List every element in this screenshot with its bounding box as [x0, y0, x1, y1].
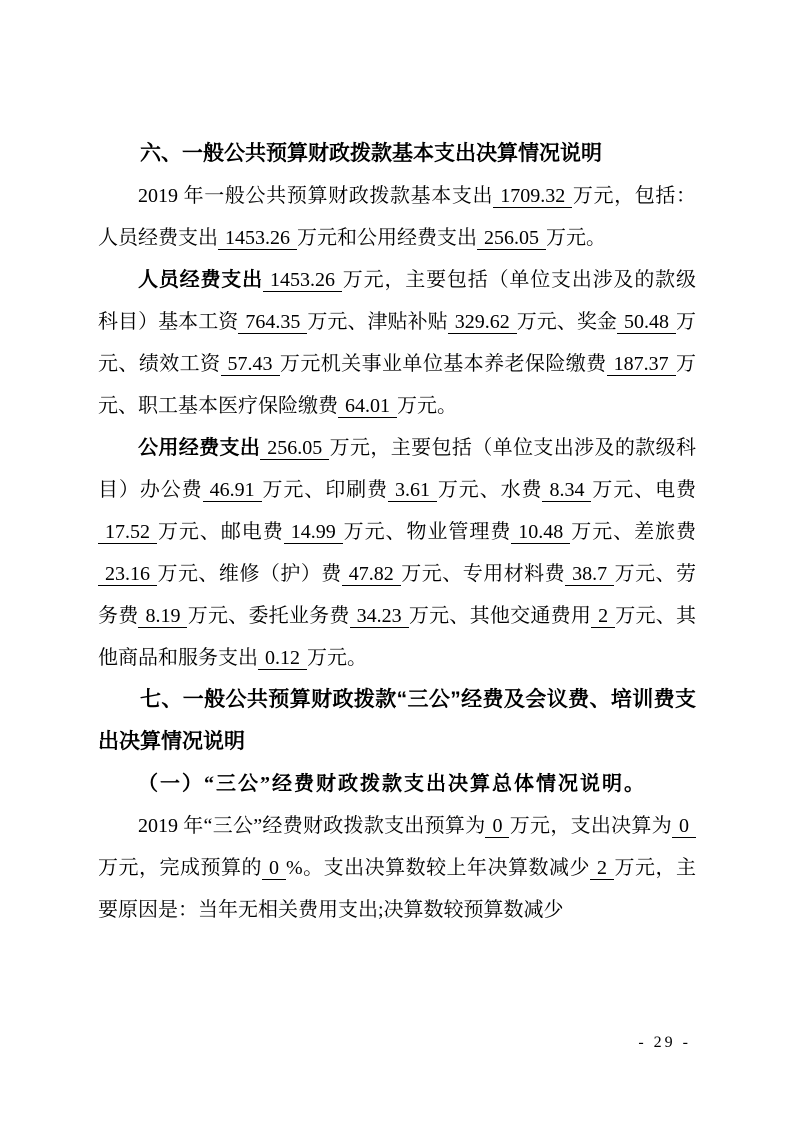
underlined-value: 57.43 — [221, 353, 280, 376]
underlined-value: 0 — [485, 815, 509, 838]
underlined-value: 34.23 — [350, 605, 409, 628]
underlined-value: 256.05 — [477, 227, 546, 250]
text-run: 万元、委托业务费 — [187, 605, 349, 627]
underlined-value: 187.37 — [607, 353, 676, 376]
underlined-value: 8.19 — [138, 605, 187, 628]
paragraph: 2019 年一般公共预算财政拨款基本支出1709.32万元，包括：人员经费支出1… — [98, 175, 696, 259]
text-run: 2019 年“三公”经费财政拨款支出预算为 — [138, 815, 485, 837]
underlined-value: 1453.26 — [218, 227, 297, 250]
underlined-value: 329.62 — [448, 311, 517, 334]
text-run: 万元。 — [307, 647, 367, 669]
text-run: 万元，完成预算的 — [98, 857, 262, 879]
underlined-value: 2 — [590, 857, 614, 880]
underlined-value: 1709.32 — [493, 185, 572, 208]
text-run: 万元机关事业单位基本养老保险缴费 — [280, 353, 607, 375]
text-run: 万元、专用材料费 — [401, 563, 565, 585]
document-page: 六、一般公共预算财政拨款基本支出决算情况说明2019 年一般公共预算财政拨款基本… — [0, 0, 793, 1122]
text-run: 万元。 — [546, 227, 606, 249]
section-heading: 七、一般公共预算财政拨款“三公”经费及会议费、培训费支出决算情况说明 — [98, 679, 696, 763]
underlined-value: 64.01 — [338, 395, 397, 418]
underlined-value: 0 — [672, 815, 696, 838]
underlined-value: 1453.26 — [263, 269, 342, 292]
text-run: 万元、差旅费 — [570, 521, 696, 543]
underlined-value: 50.48 — [617, 311, 676, 334]
underlined-value: 0.12 — [258, 647, 307, 670]
text-run: 万元，支出决算为 — [509, 815, 672, 837]
text-run: 万元和公用经费支出 — [297, 227, 477, 249]
underlined-value: 10.48 — [511, 521, 570, 544]
underlined-value: 2 — [591, 605, 615, 628]
underlined-value: 0 — [262, 857, 286, 880]
text-run: 万元、物业管理费 — [343, 521, 512, 543]
underlined-value: 47.82 — [342, 563, 401, 586]
underlined-value: 17.52 — [98, 521, 157, 544]
underlined-value: 38.7 — [565, 563, 614, 586]
underlined-value: 256.05 — [260, 437, 329, 460]
page-number: - 29 - — [638, 1034, 691, 1052]
text-run: 万元、邮电费 — [157, 521, 284, 543]
sub-heading: （一）“三公”经费财政拨款支出决算总体情况说明。 — [98, 763, 696, 805]
underlined-value: 14.99 — [284, 521, 343, 544]
underlined-value: 23.16 — [98, 563, 157, 586]
text-run: 公用经费支出 — [138, 437, 260, 459]
text-run: 万元、电费 — [591, 479, 696, 501]
text-run: 万元、其他交通费用 — [409, 605, 591, 627]
text-run: 2019 年一般公共预算财政拨款基本支出 — [138, 185, 493, 207]
underlined-value: 3.61 — [388, 479, 437, 502]
paragraph: 2019 年“三公”经费财政拨款支出预算为0万元，支出决算为0万元，完成预算的0… — [98, 805, 696, 931]
text-run: 万元、津贴补贴 — [307, 311, 447, 333]
text-run: 万元、奖金 — [517, 311, 617, 333]
text-run: 万元。 — [397, 395, 457, 417]
section-heading: 六、一般公共预算财政拨款基本支出决算情况说明 — [98, 133, 696, 175]
text-run: 万元、印刷费 — [262, 479, 388, 501]
underlined-value: 8.34 — [542, 479, 591, 502]
text-run: 万元、维修（护）费 — [157, 563, 342, 585]
underlined-value: 764.35 — [238, 311, 307, 334]
paragraph: 公用经费支出256.05万元，主要包括（单位支出涉及的款级科目）办公费46.91… — [98, 427, 696, 679]
underlined-value: 46.91 — [203, 479, 262, 502]
paragraph: 人员经费支出1453.26万元，主要包括（单位支出涉及的款级科目）基本工资764… — [98, 259, 696, 427]
text-run: 万元、水费 — [437, 479, 542, 501]
text-run: %。支出决算数较上年决算数减少 — [286, 857, 590, 879]
document-content: 六、一般公共预算财政拨款基本支出决算情况说明2019 年一般公共预算财政拨款基本… — [98, 133, 696, 931]
text-run: 人员经费支出 — [138, 269, 263, 291]
